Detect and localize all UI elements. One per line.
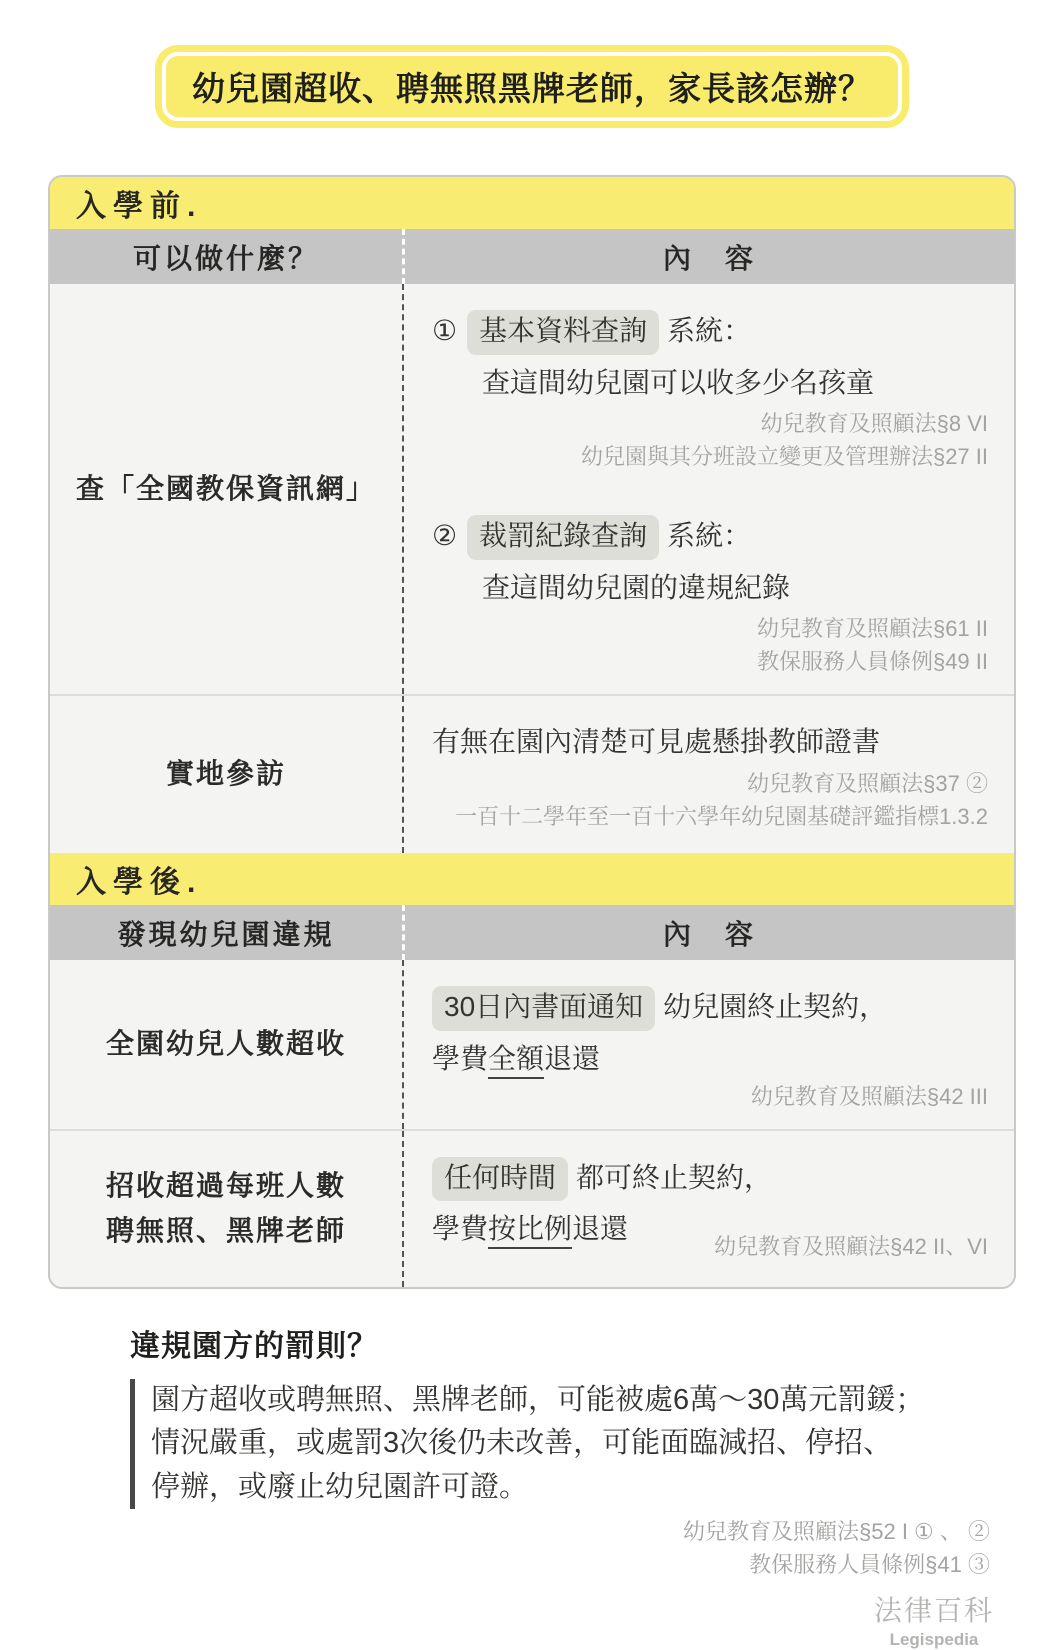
column-header-found-violation: 發現幼兒園違規 <box>50 905 402 960</box>
list-item-basic-info-query: ①基本資料查詢系統： 查這間幼兒園可以收多少名孩童 幼兒教育及照顧法§8 VI … <box>432 310 988 473</box>
item-description: 有無在園內清楚可見處懸掛教師證書 <box>432 722 988 763</box>
item-description: 查這間幼兒園可以收多少名孩童 <box>482 363 988 404</box>
section-header-before-enrollment: 入學前. <box>50 177 1014 229</box>
item-line1: 30日內書面通知幼兒園終止契約， <box>432 986 988 1031</box>
highlight-tag-anytime: 任何時間 <box>432 1157 568 1202</box>
footer: 法律百科 Legispedia <box>0 1589 1064 1650</box>
penalty-section: 違規園方的罰則？ 園方超收或聘無照、黑牌老師，可能被處6萬～30萬元罰鍰； 情況… <box>130 1321 990 1582</box>
row-label-line2: 聘無照、黑牌老師 <box>106 1209 346 1254</box>
column-header-content: 內 容 <box>402 229 1014 284</box>
penalty-citations: 幼兒教育及照顧法§52 I ① 、 ② 教保服務人員條例§41 ③ <box>130 1515 990 1581</box>
infographic-page: 幼兒園超收、聘無照黑牌老師，家長該怎辦？ 入學前. 可以做什麼？ 內 容 查「全… <box>0 0 1064 1650</box>
item-suffix: 系統： <box>667 520 751 551</box>
legal-citation: 幼兒教育及照顧法§52 I ① 、 ② <box>130 1515 990 1548</box>
legal-citation: 幼兒教育及照顧法§37 ② <box>432 767 988 800</box>
penalty-heading: 違規園方的罰則？ <box>130 1321 990 1365</box>
column-header-content: 內 容 <box>402 905 1014 960</box>
underlined-proportional-refund: 按比例 <box>488 1213 572 1249</box>
penalty-line: 停辦，或廢止幼兒園許可證。 <box>151 1466 990 1510</box>
table-row-over-enrollment: 全園幼兒人數超收 30日內書面通知幼兒園終止契約， 學費全額退還 幼兒教育及照顧… <box>50 960 1014 1128</box>
circled-number-1: ① <box>432 315 457 346</box>
row-content-site-visit: 有無在園內清楚可見處懸掛教師證書 幼兒教育及照顧法§37 ② 一百十二學年至一百… <box>402 696 1014 853</box>
item-line2: 學費全額退還 <box>432 1039 988 1080</box>
item-line1: 任何時間都可終止契約， <box>432 1157 988 1202</box>
row-label-class-over-limit-unlicensed: 招收超過每班人數 聘無照、黑牌老師 <box>50 1131 402 1287</box>
penalty-line: 園方超收或聘無照、黑牌老師，可能被處6萬～30萬元罰鍰； <box>151 1379 990 1423</box>
table-row-check-national-ece-web: 查「全國教保資訊網」 ①基本資料查詢系統： 查這間幼兒園可以收多少名孩童 幼兒教… <box>50 284 1014 694</box>
line2-post: 退還 <box>544 1043 600 1074</box>
legal-citation: 幼兒教育及照顧法§42 III <box>432 1080 988 1113</box>
underlined-full-refund: 全額 <box>488 1043 544 1079</box>
legal-citation: 幼兒教育及照顧法§8 VI <box>432 407 988 440</box>
legal-citation: 一百十二學年至一百十六學年幼兒園基礎評鑑指標1.3.2 <box>432 800 988 833</box>
highlight-tag-penalty-record-query: 裁罰紀錄查詢 <box>467 515 659 560</box>
page-title: 幼兒園超收、聘無照黑牌老師，家長該怎辦？ <box>162 52 902 121</box>
item-line1: ②裁罰紀錄查詢系統： <box>432 515 988 560</box>
row-content-class-over-limit-unlicensed: 任何時間都可終止契約， 學費按比例退還 幼兒教育及照顧法§42 II、VI <box>402 1131 1014 1287</box>
row-content-check-national-ece-web: ①基本資料查詢系統： 查這間幼兒園可以收多少名孩童 幼兒教育及照顧法§8 VI … <box>402 284 1014 694</box>
section-header-after-enrollment: 入學後. <box>50 853 1014 905</box>
penalty-paragraph: 園方超收或聘無照、黑牌老師，可能被處6萬～30萬元罰鍰； 情況嚴重，或處罰3次後… <box>130 1379 990 1510</box>
brand-logo: 法律百科 Legispedia <box>874 1589 994 1650</box>
title-row: 幼兒園超收、聘無照黑牌老師，家長該怎辦？ <box>0 0 1064 121</box>
table-row-site-visit: 實地參訪 有無在園內清楚可見處懸掛教師證書 幼兒教育及照顧法§37 ② 一百十二… <box>50 694 1014 853</box>
row-label-line1: 招收超過每班人數 <box>106 1164 346 1209</box>
line2-post: 退還 <box>572 1213 628 1244</box>
item-suffix: 系統： <box>667 315 751 346</box>
circled-number-2: ② <box>432 520 457 551</box>
main-panel: 入學前. 可以做什麼？ 內 容 查「全國教保資訊網」 ①基本資料查詢系統： 查這… <box>48 175 1016 1289</box>
legal-citation: 幼兒園與其分班設立變更及管理辦法§27 II <box>432 440 988 473</box>
table-header-after: 發現幼兒園違規 內 容 <box>50 905 1014 960</box>
brand-subname: Legispedia <box>874 1630 994 1650</box>
list-item-penalty-record-query: ②裁罰紀錄查詢系統： 查這間幼兒園的違規紀錄 幼兒教育及照顧法§61 II 教保… <box>432 515 988 678</box>
item-line1: ①基本資料查詢系統： <box>432 310 988 355</box>
line2-pre: 學費 <box>432 1213 488 1244</box>
legal-citations: 幼兒教育及照顧法§37 ② 一百十二學年至一百十六學年幼兒園基礎評鑑指標1.3.… <box>432 767 988 833</box>
penalty-line: 情況嚴重，或處罰3次後仍未改善，可能面臨減招、停招、 <box>151 1422 990 1466</box>
item-line1-rest: 幼兒園終止契約， <box>663 991 887 1022</box>
line2-pre: 學費 <box>432 1043 488 1074</box>
legal-citation: 教保服務人員條例§49 II <box>432 645 988 678</box>
row-label-site-visit: 實地參訪 <box>50 696 402 853</box>
table-row-class-over-limit-unlicensed: 招收超過每班人數 聘無照、黑牌老師 任何時間都可終止契約， 學費按比例退還 幼兒… <box>50 1129 1014 1287</box>
row-label-over-enrollment: 全園幼兒人數超收 <box>50 960 402 1128</box>
row-content-over-enrollment: 30日內書面通知幼兒園終止契約， 學費全額退還 幼兒教育及照顧法§42 III <box>402 960 1014 1128</box>
legal-citation: 教保服務人員條例§41 ③ <box>130 1548 990 1581</box>
legal-citations: 幼兒教育及照顧法§61 II 教保服務人員條例§49 II <box>432 612 988 678</box>
table-header-before: 可以做什麼？ 內 容 <box>50 229 1014 284</box>
item-description: 查這間幼兒園的違規紀錄 <box>482 568 988 609</box>
column-header-what-can-do: 可以做什麼？ <box>50 229 402 284</box>
highlight-tag-30-day-notice: 30日內書面通知 <box>432 986 655 1031</box>
brand-name: 法律百科 <box>874 1589 994 1629</box>
legal-citations: 幼兒教育及照顧法§8 VI 幼兒園與其分班設立變更及管理辦法§27 II <box>432 407 988 473</box>
item-line1-rest: 都可終止契約， <box>576 1162 772 1193</box>
legal-citation: 幼兒教育及照顧法§61 II <box>432 612 988 645</box>
highlight-tag-basic-info-query: 基本資料查詢 <box>467 310 659 355</box>
row-label-check-national-ece-web: 查「全國教保資訊網」 <box>50 284 402 694</box>
